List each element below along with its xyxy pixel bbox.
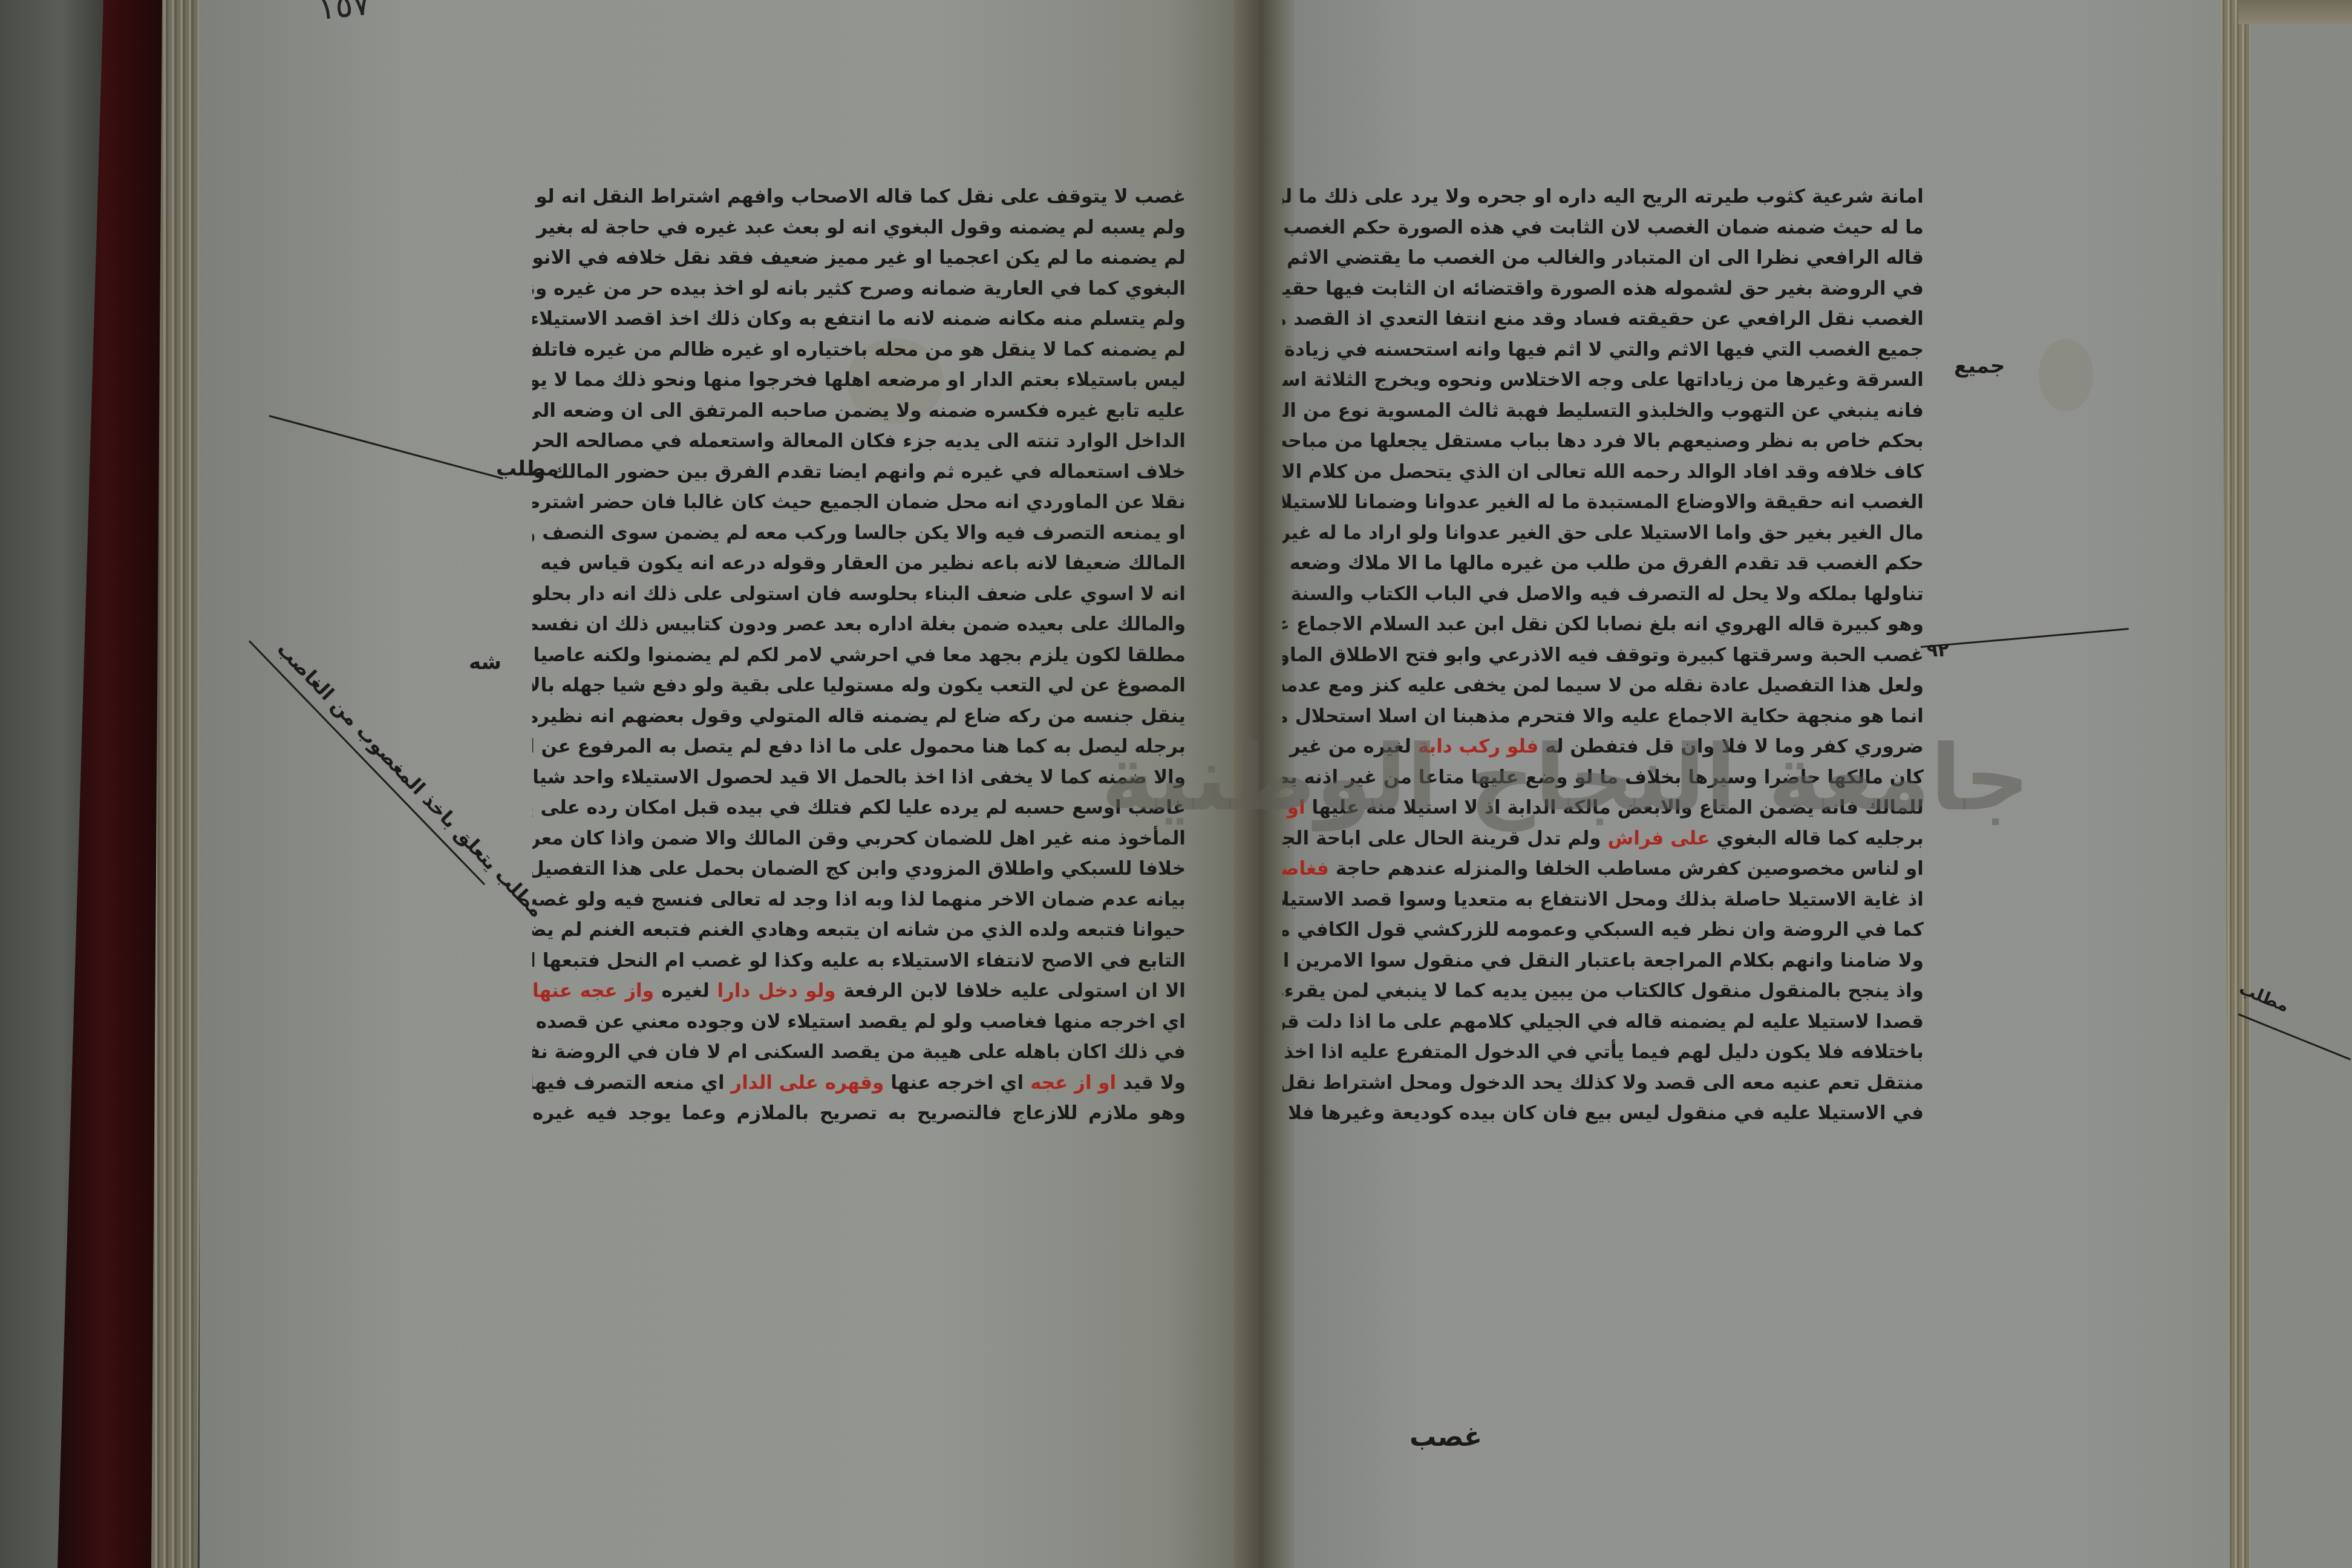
text-line: الغصب انه حقيقة والاوضاع المستبدة ما له … (1282, 487, 1924, 518)
paper-stain (2039, 339, 2093, 411)
text-line: وهو كبيرة قاله الهروي انه بلغ نصابا لكن … (1282, 609, 1924, 640)
text-line: باختلافه فلا يكون دليل لهم فيما يأتي في … (1282, 1037, 1924, 1068)
text-line: والا ضمنه كما لا يخفى اذا اخذ بالحمل الا… (532, 762, 1186, 793)
text-line: الا ان استولى عليه خلافا لابن الرفعة ولو… (532, 976, 1186, 1007)
text-line: ولا ضامنا وانهم بكلام المراجعة باعتبار ا… (1282, 946, 1924, 976)
text-line: ليس باستيلاء بعتم الدار او مرضعه اهلها ف… (532, 365, 1186, 396)
text-line: لم يضمنه ما لم يكن اعجميا او غير مميز ضع… (532, 243, 1186, 273)
text-line: كاف خلافه وقد افاد الوالد رحمه الله تعال… (1282, 457, 1924, 488)
text-line: كما في الروضة وان نظر فيه السبكي وعمومه … (1282, 915, 1924, 946)
text-line: البغوي كما في العارية ضمانه وصرح كثير با… (532, 273, 1186, 304)
text-line: ولم يتسلم منه مكانه ضمنه لانه ما انتفع ب… (532, 304, 1186, 335)
right-page-text: امانة شرعية كثوب طيرته الريح اليه داره ا… (1282, 181, 1924, 1129)
text-line: الغصب نقل الرافعي عن حقيقته فساد وقد منع… (1282, 304, 1924, 335)
text-line: برجله ليصل به كما هنا محمول على ما اذا د… (532, 731, 1186, 762)
text-line: او لناس مخصوصين كفرش مساطب الخلفا والمنز… (1282, 854, 1924, 884)
text-line: في ذلك اكان باهله على هيبة من يقصد السكن… (532, 1037, 1186, 1068)
text-line: التابع في الاصح لانتفاء الاستيلاء به علي… (532, 946, 1186, 976)
left-page-text: غصب لا يتوقف على نقل كما قاله الاصحاب وا… (532, 181, 1186, 1129)
rubric-text: وقهره على الدار (731, 1072, 884, 1094)
text-line: امانة شرعية كثوب طيرته الريح اليه داره ا… (1282, 181, 1924, 212)
margin-note-matlab: مطلب (496, 457, 559, 481)
text-line: بحكم خاص به نظر وصنيعهم بالا فرد دها ببا… (1282, 426, 1924, 457)
text-line: قاله الرافعي نظرا الى ان المتبادر والغال… (1282, 243, 1924, 273)
text-line: ينقل جنسه من ركه ضاع لم يضمنه قاله المتو… (532, 701, 1186, 732)
text-line: او يمنعه التصرف فيه والا يكن جالسا وركب … (532, 518, 1186, 549)
text-line: المصوغ عن لي التعب يكون وله مستوليا على … (532, 670, 1186, 701)
rubric-text: فغاصب وان لم ينقل (1282, 858, 1329, 880)
margin-note-jami: جميع (1954, 354, 2005, 378)
rubric-text: واز عجه عنها (532, 980, 654, 1002)
leaf-top-edge (2238, 0, 2352, 24)
text-line: تناولها بملكه ولا يحل له التصرف فيه والا… (1282, 579, 1924, 610)
catchword: غصب (1410, 1422, 1482, 1452)
text-line: انه لا اسوي على ضعف البناء بحلوسه فان اس… (532, 579, 1186, 610)
rubric-text: ولو دخل دارا (717, 980, 835, 1002)
text-line: غصب الحبة وسرقتها كبيرة وتوقف فيه الاذرع… (1282, 640, 1924, 671)
text-line: مال الغير بغير حق واما الاستيلا على حق ا… (1282, 518, 1924, 549)
text-line: لم يضمنه كما لا ينقل هو من محله باختياره… (532, 335, 1186, 365)
text-line: خلاف استعماله في غيره ثم وانهم ايضا تقدم… (532, 457, 1186, 488)
text-line: الداخل الوارد تنته الى يديه جزء فكان الم… (532, 426, 1186, 457)
text-line: منتقل تعم عنيه معه الى قصد ولا كذلك يحد … (1282, 1068, 1924, 1099)
adjacent-leaf (2250, 12, 2352, 1568)
text-line: وهو ملازم للازعاج فالتصريح به تصريح بالم… (532, 1098, 1186, 1129)
text-line: اذ غاية الاستيلا حاصلة بذلك ومحل الانتفا… (1282, 884, 1924, 915)
rubric-text: او از عجه (1030, 1072, 1116, 1094)
text-line: المالك ضعيفا لانه باعه نظير من العقار وق… (532, 548, 1186, 579)
text-line: اي اخرجه منها فغاصب ولو لم يقصد استيلاء … (532, 1007, 1186, 1037)
text-line: مطلقا لكون يلزم بجهد معا في احرشي لامر ل… (532, 640, 1186, 671)
text-line: بيانه عدم ضمان الاخر منهما لذا وبه اذا و… (532, 884, 1186, 915)
text-line: خلافا للسبكي واطلاق المزودي وابن كج الضم… (532, 854, 1186, 884)
library-watermark: جامعة النجاح الوطنية (1101, 726, 2030, 831)
text-line: واذ ينجح بالمنقول منقول كالكتاب من يبين … (1282, 976, 1924, 1007)
margin-note-sh: شه (469, 650, 501, 675)
text-line: ما له حيث ضمنه ضمان الغصب لان الثابت في … (1282, 212, 1924, 243)
text-line: ولا قيد او از عجه اي اخرجه عنها وقهره عل… (532, 1068, 1186, 1099)
text-line: ولم يسبه لم يضمنه وقول البغوي انه لو بعث… (532, 212, 1186, 243)
text-line: المأخوذ منه غير اهل للضمان كحربي وقن الم… (532, 823, 1186, 854)
text-line: والمالك على بعيده ضمن بغلة اداره بعد عصر… (532, 609, 1186, 640)
text-line: حكم الغصب قد تقدم الفرق من طلب من غيره م… (1282, 548, 1924, 579)
text-line: ولعل هذا التفصيل عادة نقله من لا سيما لم… (1282, 670, 1924, 701)
text-line: غاصب اوسع حسبه لم يرده عليا لكم فتلك في … (532, 792, 1186, 823)
text-line: السرقة وغيرها من زياداتها على وجه الاختل… (1282, 365, 1924, 396)
text-line: نقلا عن الماوردي انه محل ضمان الجميع حيث… (532, 487, 1186, 518)
margin-note-number: ٩٢ (1927, 640, 1949, 661)
text-line: فانه ينبغي عن التهوب والخلبذو التسليط فه… (1282, 396, 1924, 426)
text-line: جميع الغصب التي فيها الاثم والتي لا اثم … (1282, 335, 1924, 365)
text-line: غصب لا يتوقف على نقل كما قاله الاصحاب وا… (532, 181, 1186, 212)
text-line: حيوانا فتبعه ولده الذي من شانه ان يتبعه … (532, 915, 1186, 946)
text-line: قصدا لاستيلا عليه لم يضمنه قاله في الجيل… (1282, 1007, 1924, 1037)
text-line: في الاستيلا عليه في منقول ليس بيع فان كا… (1282, 1098, 1924, 1129)
text-line: في الروضة بغير حق لشموله هذه الصورة واقت… (1282, 273, 1924, 304)
text-line: عليه تابع غيره فكسره ضمنه ولا يضمن صاحبه… (532, 396, 1186, 426)
